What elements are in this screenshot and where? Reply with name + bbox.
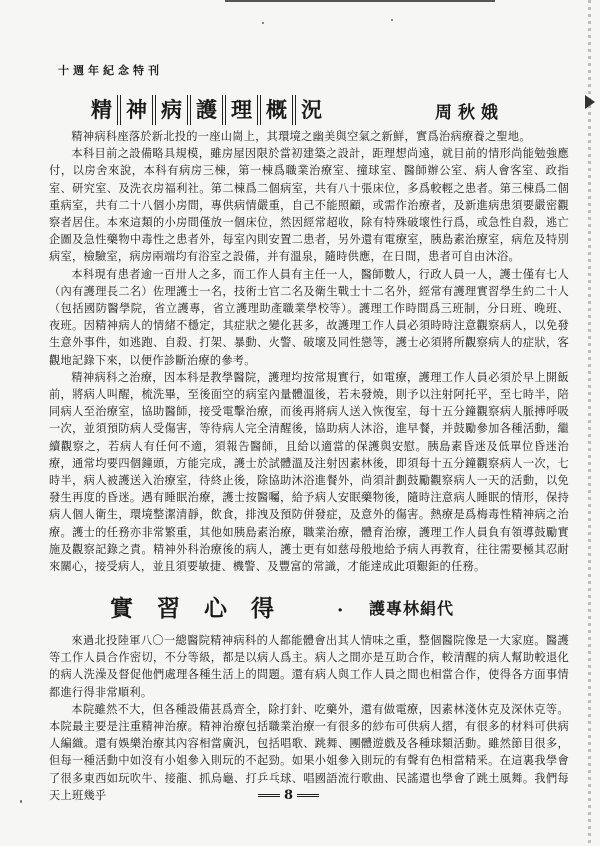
article2-title: 實習心得: [110, 590, 298, 623]
paragraph: 來過北投陸軍八〇一總醫院精神病科的人都能體會出其人情味之重，整個醫院像是一大家庭…: [49, 632, 569, 701]
scanned-page: 十週年紀念特刊 精 神 病 護 理 概 況 周秋娥 精神病科座落於新北投的一座山…: [0, 0, 600, 846]
title-char: 況: [296, 95, 327, 125]
scan-speck: [262, 22, 264, 24]
paragraph: 本科目前之設備略具規模，雖房屋因限於當初建築之設計，距理想尚遠，就目前的情形尚能…: [49, 145, 569, 265]
publication-header: 十週年紀念特刊: [58, 62, 163, 78]
page-number: 8: [258, 788, 319, 803]
paragraph: 本科現有患者逾一百卅人之多，而工作人員有主任一人，醫師數人，行政人員一人，護士僅…: [49, 266, 569, 369]
scan-top-edge: [225, 0, 495, 2]
divider: [258, 794, 280, 797]
title-char: 概: [261, 95, 296, 125]
scan-right-edge: [588, 0, 591, 846]
article2-author: 護專林絹代: [369, 596, 454, 619]
article1-author: 周秋娥: [435, 98, 504, 123]
scan-speck: [391, 19, 393, 21]
title-char: 病: [156, 95, 191, 125]
scan-speck: [20, 800, 22, 803]
paragraph: 精神病科之治療，因本科是教學醫院，護理均按常規實行，如電療，護理工作人員必須於早…: [49, 369, 569, 575]
title-char: 神: [121, 95, 156, 125]
article1-body: 精神病科座落於新北投的一座山崗上，其環境之幽美與空氣之新鮮，實爲治病療養之聖地。…: [49, 128, 569, 575]
title-separator: ·: [337, 600, 343, 621]
divider: [297, 794, 319, 797]
paragraph: 精神病科座落於新北投的一座山崗上，其環境之幽美與空氣之新鮮，實爲治病療養之聖地。: [49, 128, 569, 145]
article1-title: 精 神 病 護 理 概 況: [86, 92, 327, 128]
title-char: 理: [226, 95, 261, 125]
page-number-value: 8: [284, 788, 293, 803]
article2-body: 來過北投陸軍八〇一總醫院精神病科的人都能體會出其人情味之重，整個醫院像是一大家庭…: [49, 632, 569, 804]
title-char: 精: [86, 95, 121, 125]
title-char: 護: [191, 95, 226, 125]
